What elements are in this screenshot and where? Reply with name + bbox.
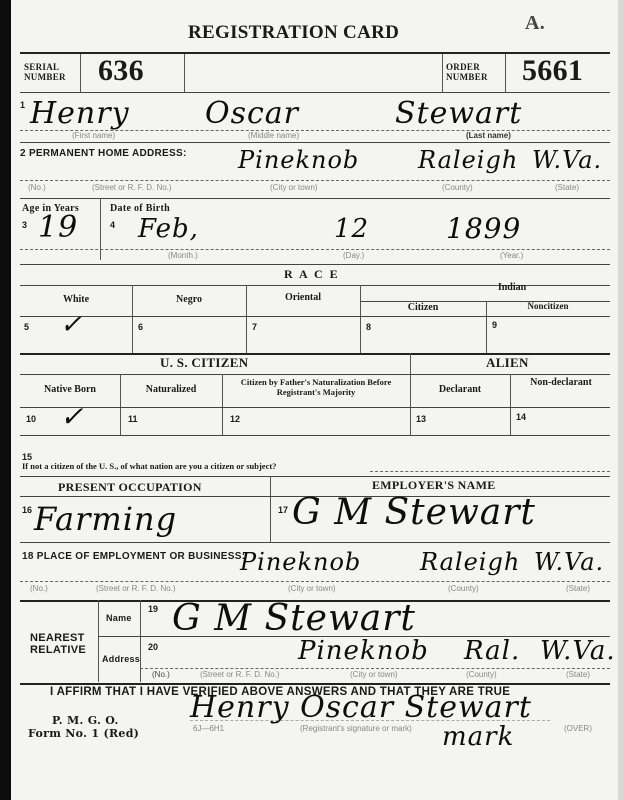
relative-state: W.Va. [540,636,616,666]
day-caption: (Day.) [343,251,364,260]
caption-city: (City or town) [350,670,398,679]
year-caption: (Year.) [500,251,523,260]
caption-street: (Street or R. F. D. No.) [92,183,172,192]
age-value: 19 [38,210,78,245]
alien-title: ALIEN [486,355,529,371]
alien-col-declarant: Declarant [410,384,510,395]
race-col-indian-citizen: Citizen [360,302,486,313]
caption-no: (No.) [28,183,46,192]
divider [20,264,610,265]
last-name-caption: (Last name) [466,131,511,140]
caption-street: (Street or R. F. D. No.) [200,670,280,679]
field-number: 9 [492,320,497,330]
race-title: R A C E [284,267,340,282]
race-col-indian-noncitizen: Noncitizen [486,301,610,311]
field-number: 7 [252,322,257,332]
field-number: 12 [230,414,240,424]
field-number: 20 [148,642,158,652]
caption-state: (State) [566,584,590,593]
employer-header: EMPLOYER'S NAME [372,478,496,493]
occupation-value: Farming [34,500,177,538]
order-label-line2: NUMBER [446,72,488,82]
signature-caption: (Registrant's signature or mark) [300,724,412,733]
divider [20,198,610,199]
divider [442,54,443,92]
order-number: 5661 [522,54,583,88]
order-label-line1: ORDER [446,62,488,72]
us-citizen-title: U. S. CITIZEN [160,355,248,371]
divider [140,668,610,669]
divider [140,600,141,682]
cit-col-naturalized: Naturalized [120,384,222,395]
corner-mark: A. [525,12,545,35]
field-number: 17 [278,505,288,515]
divider [370,471,610,472]
employment-county: Raleigh [420,548,520,576]
divider [98,600,99,682]
divider [222,374,223,435]
divider [20,374,610,375]
divider [360,285,361,353]
nearest-relative-label: NEAREST RELATIVE [30,632,86,656]
alien-col-non-declarant: Non-declarant [528,377,594,388]
first-name-caption: (First name) [72,131,115,140]
birth-year: 1899 [446,212,521,245]
field-number: 19 [148,604,158,614]
divider [20,407,610,408]
home-city: Pineknob [238,146,359,174]
race-col-negro: Negro [132,294,246,305]
employment-state: W.Va. [534,548,604,576]
signature-mark-note: mark [442,722,514,752]
home-address-label: 2 PERMANENT HOME ADDRESS: [20,148,187,159]
caption-no: (No.) [152,670,170,679]
relative-name: G M Stewart [172,598,416,639]
first-name: Henry [30,96,130,131]
divider [20,435,610,436]
divider [20,249,610,250]
scan-border-right [618,0,624,800]
divider [20,180,610,181]
native-born-checkmark: ✓ [60,400,84,433]
over-label: (OVER) [564,724,592,733]
divider [80,54,81,92]
divider [510,374,511,435]
cit-col-father-naturalization: Citizen by Father's Naturalization Befor… [228,377,404,397]
field-number: 3 [22,220,27,230]
divider [20,92,610,93]
relative-address-label: Address [102,654,140,664]
caption-county: (County) [448,584,479,593]
divider [20,581,610,582]
caption-no: (No.) [30,584,48,593]
home-state: W.Va. [532,146,602,174]
race-col-white: White [20,294,132,305]
field-number: 11 [128,414,138,424]
caption-state: (State) [566,670,590,679]
field-number: 10 [26,414,36,424]
race-white-checkmark: ✓ [60,310,83,340]
race-col-oriental: Oriental [246,292,360,303]
middle-name-caption: (Middle name) [248,131,299,140]
field-number: 8 [366,322,371,332]
serial-number-label: SERIAL NUMBER [24,62,66,82]
place-of-employment-label: 18 PLACE OF EMPLOYMENT OR BUSINESS: [22,551,245,562]
caption-county: (County) [442,183,473,192]
relative-name-label: Name [106,613,132,623]
birth-month: Feb, [138,214,199,244]
field-number: 4 [110,220,115,230]
divider [190,720,550,721]
last-name: Stewart [395,96,522,131]
nearest-relative-line1: NEAREST [30,632,86,644]
home-county: Raleigh [418,146,518,174]
relative-city: Pineknob [298,636,429,666]
divider [20,142,610,143]
divider [270,476,271,542]
scan-border-left [0,0,11,800]
card-title: REGISTRATION CARD [188,22,399,44]
caption-street: (Street or R. F. D. No.) [96,584,176,593]
form-code-line1: P. M. G. O. [52,714,119,727]
order-number-label: ORDER NUMBER [446,62,488,82]
birth-label: Date of Birth [110,203,170,214]
birth-day: 12 [334,214,369,244]
middle-name: Oscar [205,96,299,131]
field-number: 13 [416,414,426,424]
month-caption: (Month.) [168,251,198,260]
nearest-relative-line2: RELATIVE [30,644,86,656]
caption-state: (State) [555,183,579,192]
serial-label-line2: NUMBER [24,72,66,82]
field-number: 16 [22,505,32,515]
occupation-header: PRESENT OCCUPATION [58,480,202,495]
field-number: 1 [20,100,25,110]
indian-header: Indian [462,282,562,293]
divider [505,54,506,92]
divider [20,476,610,477]
serial-number: 636 [98,54,144,88]
employer-value: G M Stewart [292,492,536,533]
serial-label-line1: SERIAL [24,62,66,72]
cit-col-native-born: Native Born [20,384,120,395]
divider [20,683,610,685]
field-number: 6 [138,322,143,332]
relative-county: Ral. [464,636,520,666]
divider [20,542,610,543]
caption-city: (City or town) [270,183,318,192]
nation-question: If not a citizen of the U. S., of what n… [22,461,276,471]
employment-city: Pineknob [240,548,361,576]
field-number: 5 [24,322,29,332]
divider [20,316,610,317]
caption-county: (County) [466,670,497,679]
caption-city: (City or town) [288,584,336,593]
form-code-line2: Form No. 1 (Red) [28,727,139,740]
divider [100,198,101,260]
divider [184,54,185,92]
print-code: 6J—6H1 [193,724,224,733]
field-number: 14 [516,412,526,422]
